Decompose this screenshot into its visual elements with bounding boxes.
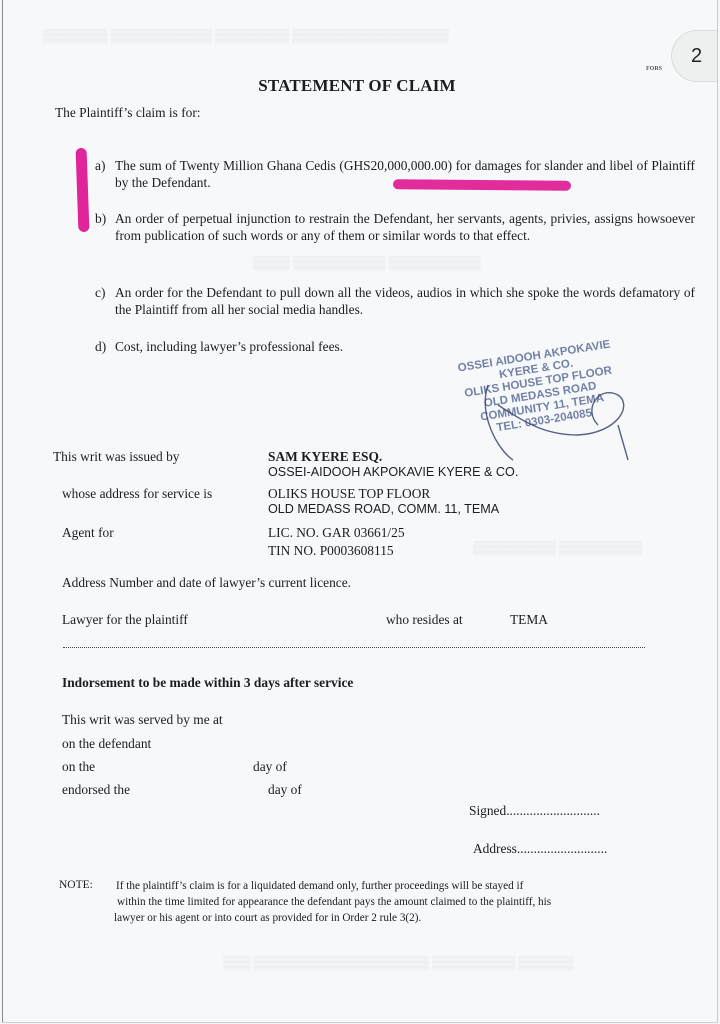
note-line-3: lawyer or his agent or into court as pro…: [114, 911, 421, 926]
note-label: NOTE:: [59, 879, 93, 891]
claim-label: a): [95, 157, 105, 174]
bleed-through-text: ▒▒▒▒ ▒▒▒▒▒▒▒▒▒▒ ▒▒▒▒▒▒▒▒▒▒: [253, 255, 481, 271]
address-label: whose address for service is: [62, 485, 212, 502]
licence-number: LIC. NO. GAR 03661/25: [268, 524, 405, 541]
served-line: This writ was served by me at: [62, 711, 223, 728]
firm-name: OSSEI-AIDOOH AKPOKAVIE KYERE & CO.: [268, 464, 518, 481]
agent-label: Agent for: [62, 524, 114, 541]
bleed-through-text: ▒▒▒ ▒▒▒▒▒▒▒▒▒▒▒▒▒▒▒▒▒▒▒ ▒▒▒▒▒▒▒▒▒ ▒▒▒▒▒▒: [223, 955, 574, 971]
handwritten-signature: [458, 365, 638, 465]
on-the-label: on the: [62, 758, 95, 775]
address-field: Address...........................: [473, 840, 607, 857]
pink-highlight-mark: [76, 148, 90, 232]
corner-mark: FORS: [646, 66, 662, 72]
day-of-label-1: day of: [253, 758, 287, 775]
bleed-through-text: ▒▒▒▒▒▒▒▒▒ ▒▒▒▒▒▒▒▒▒: [473, 540, 642, 556]
claim-intro: The Plaintiff’s claim is for:: [55, 104, 201, 121]
licence-line: Address Number and date of lawyer’s curr…: [62, 574, 351, 591]
claim-item-b: b) An order of perpetual injunction to r…: [95, 210, 695, 244]
tin-number: TIN NO. P0003608115: [268, 542, 394, 559]
signed-field: Signed............................: [469, 802, 600, 819]
issued-by-label: This writ was issued by: [53, 448, 179, 465]
lawyer-label: Lawyer for the plaintiff: [62, 611, 188, 628]
issued-by-name: SAM KYERE ESQ.: [268, 448, 382, 465]
resides-value: TEMA: [510, 611, 548, 628]
claim-text: An order of perpetual injunction to rest…: [115, 210, 695, 244]
bleed-through-text: ▒▒▒▒▒▒▒ ▒▒▒▒▒▒▒▒▒▒▒ ▒▒▒▒▒▒▒▒ ▒▒▒▒▒▒▒▒▒▒▒…: [43, 28, 449, 44]
pink-underline-mark: [393, 179, 571, 191]
dotted-separator: [63, 647, 645, 648]
claim-text: An order for the Defendant to pull down …: [115, 284, 695, 318]
address-line-1: OLIKS HOUSE TOP FLOOR: [268, 485, 430, 502]
page-number-badge[interactable]: 2: [671, 30, 717, 82]
resides-label: who resides at: [386, 611, 463, 628]
note-line-1: If the plaintiff’s claim is for a liquid…: [116, 879, 523, 894]
claim-label: c): [95, 284, 105, 301]
address-line-2: OLD MEDASS ROAD, COMM. 11, TEMA: [268, 501, 499, 518]
claim-label: b): [95, 210, 106, 227]
document-title: STATEMENT OF CLAIM: [3, 76, 711, 96]
defendant-line: on the defendant: [62, 735, 151, 752]
document-page: ▒▒▒▒▒▒▒ ▒▒▒▒▒▒▒▒▒▒▒ ▒▒▒▒▒▒▒▒ ▒▒▒▒▒▒▒▒▒▒▒…: [2, 0, 718, 1023]
claim-label: d): [95, 338, 106, 355]
day-of-label-2: day of: [268, 781, 302, 798]
note-line-2: within the time limited for appearance t…: [117, 895, 551, 910]
claim-item-c: c) An order for the Defendant to pull do…: [95, 284, 695, 318]
endorsed-the-label: endorsed the: [62, 781, 130, 798]
indorsement-heading: Indorsement to be made within 3 days aft…: [62, 674, 353, 691]
